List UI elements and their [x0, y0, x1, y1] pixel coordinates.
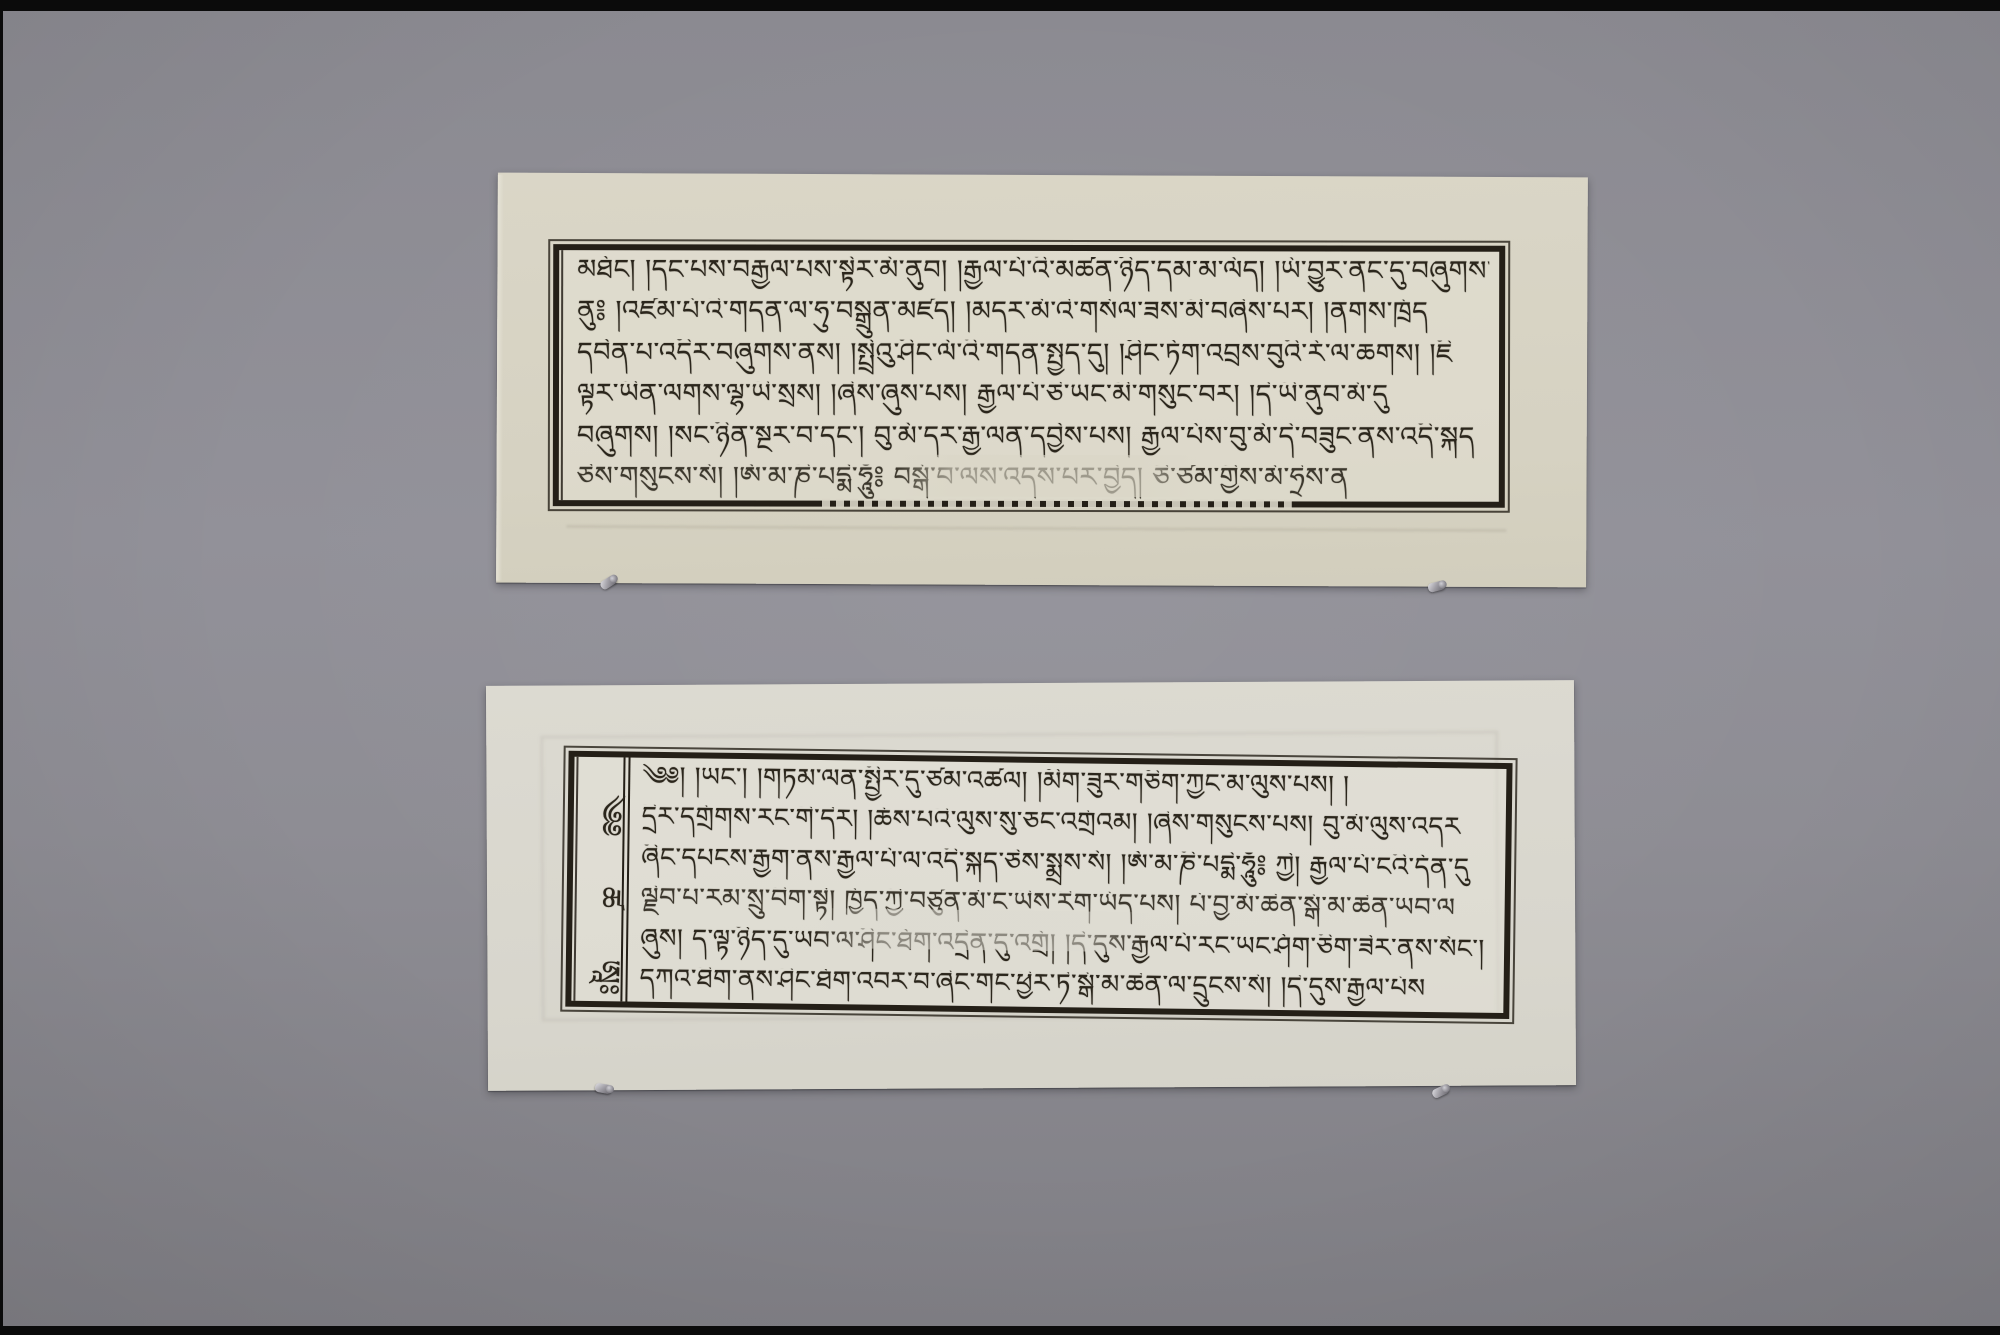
text-line: ཅེས་གསུངས་སོ། །ཨོཾ་མ་ཎི་པདྨེ་ཧཱུྃ༔ བསྒོ་…: [577, 464, 1489, 502]
manuscript-folio-top: མཐོང། །དང་པས་བརྒྱལ་པས་སྟེར་མོ་ནུབ། །རྒྱལ…: [496, 173, 1588, 588]
ghost-impression: [566, 525, 1506, 532]
text-block-top: མཐོང། །དང་པས་བརྒྱལ་པས་སྟེར་མོ་ནུབ། །རྒྱལ…: [559, 250, 1499, 502]
text-line: དབེན་པ་འདིར་བཞུགས་ནས། །སྤྲེའུ་ཤིང་ལོ་འི་…: [577, 339, 1489, 382]
printed-frame-bottom: ༄༅ ཚ ཨཱཿ ༄༅། །ཡང་། །གཏམ་ལན་སྤྱིར་དུ་ཙམ་འ…: [565, 751, 1512, 1019]
text-line: ལྟར་ཡིན་ལགས་ལྷ་ཡི་སྲས། །ཞེས་ཞུས་པས། རྒྱལ…: [577, 381, 1489, 424]
text-line: མཐོང། །དང་པས་བརྒྱལ་པས་སྟེར་མོ་ནུབ། །རྒྱལ…: [577, 256, 1489, 299]
letterbox-bar-bottom: [0, 1326, 2000, 1335]
text-line: ནུ༔ །འཛམ་པོ་འི་གདན་ལ་ཧུ་བསྒྲུན་མཛད། །མདར…: [577, 298, 1489, 341]
manuscript-folio-bottom: ༄༅ ཚ ཨཱཿ ༄༅། །ཡང་། །གཏམ་ལན་སྤྱིར་དུ་ཙམ་འ…: [486, 680, 1576, 1091]
printed-frame-top: མཐོང། །དང་པས་བརྒྱལ་པས་སྟེར་མོ་ནུབ། །རྒྱལ…: [553, 244, 1505, 508]
letterbox-bar-top: [0, 0, 2000, 11]
photograph: མཐོང། །དང་པས་བརྒྱལ་པས་སྟེར་མོ་ནུབ། །རྒྱལ…: [0, 0, 2000, 1335]
text-line: བཞུགས། །སང་ཉིན་སྔར་བ་དང་། བུ་མོ་དར་རྒྱ་ལ…: [577, 422, 1489, 465]
margin-column: ༄༅ ཚ ཨཱཿ: [571, 757, 630, 1002]
text-block-bottom: ༄༅། །ཡང་། །གཏམ་ལན་སྤྱིར་དུ་ཙམ་འཚལ། །མིག་…: [627, 758, 1506, 1013]
